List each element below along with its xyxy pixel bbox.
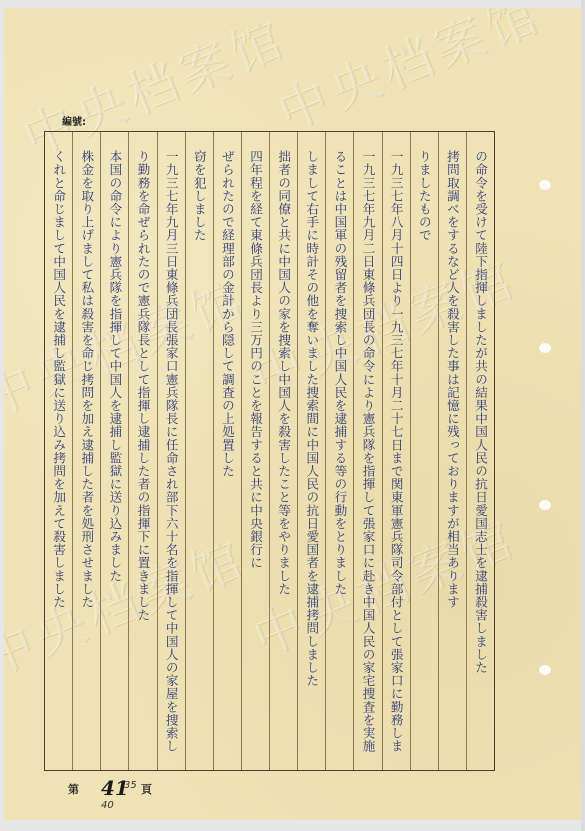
punch-hole: [539, 500, 551, 510]
manuscript-column: の命令を受けて陸下指揮しましたが共の結果中国人民の抗日愛国志士を逮捕殺害しました: [466, 132, 494, 770]
handwritten-text: りましたもので: [411, 150, 438, 765]
document-page: 中央档案馆 中央档案馆 中央档案馆 中央档案馆 中央档案馆 中央档案馆 編號: …: [4, 8, 581, 820]
manuscript-column: 一九三七年九月二日東條兵団長の命令により憲兵隊を指揮して張家口に赴き中国人民の家…: [353, 132, 381, 770]
page-number-original: 35: [124, 780, 137, 791]
handwritten-text: くれと命じまして中国人民を逮捕し監獄に送り込み拷問を加えて殺害しました: [45, 150, 72, 765]
handwritten-text: 株金を取り上げまして私は殺害を命じ拷問を加え逮捕した者を処刑させました: [73, 150, 100, 765]
manuscript-column: しまして右手に時計その他を奪いました捜索間に中国人民の抗日愛国者を逮捕拷問しまし…: [297, 132, 325, 770]
handwritten-text: しまして右手に時計その他を奪いました捜索間に中国人民の抗日愛国者を逮捕拷問しまし…: [298, 150, 325, 765]
manuscript-column: ることは中国軍の残留者を捜索し中国人民を逮捕する等の行動をとりました: [325, 132, 353, 770]
handwritten-text: の命令を受けて陸下指揮しましたが共の結果中国人民の抗日愛国志士を逮捕殺害しました: [467, 150, 494, 765]
handwritten-text: 一九三七年八月十四日より一九三七年十月二十七日まで関東軍憲兵隊司令部付として張家…: [383, 150, 410, 765]
page-suffix: 頁: [141, 781, 152, 797]
punch-hole: [539, 665, 551, 675]
serial-number-label: 編號:: [62, 113, 86, 128]
handwritten-text: 本国の命令により憲兵隊を指揮して中国人を逮捕し監獄に送り込みました: [101, 150, 128, 765]
manuscript-column: 一九三七年八月十四日より一九三七年十月二十七日まで関東軍憲兵隊司令部付として張家…: [382, 132, 410, 770]
handwritten-text: 窃を犯しました: [186, 150, 213, 765]
handwritten-text: ることは中国軍の残留者を捜索し中国人民を逮捕する等の行動をとりました: [326, 150, 353, 765]
punch-hole: [539, 343, 551, 353]
page-prefix: 第: [68, 781, 79, 797]
manuscript-column: 本国の命令により憲兵隊を指揮して中国人を逮捕し監獄に送り込みました: [100, 132, 128, 770]
manuscript-column: 窃を犯しました: [185, 132, 213, 770]
punch-hole: [539, 180, 551, 190]
watermark: 中央档案馆: [266, 8, 553, 145]
manuscript-column: 拙者の同僚と共に中国人の家を捜索し中国人を殺害したこと等をやりました: [269, 132, 297, 770]
handwritten-text: 一九三七年九月三日東條兵団長張家口憲兵隊長に任命され部下六十名を指揮して中国人の…: [158, 150, 185, 765]
manuscript-column: 四年程を経て東條兵団長より三万円のことを報告すると共に中央銀行に: [241, 132, 269, 770]
manuscript-column: ぜられたので経理部の金計から隠して調査の上処置した: [213, 132, 241, 770]
handwritten-text: ぜられたので経理部の金計から隠して調査の上処置した: [214, 150, 241, 765]
scan-edge: [581, 0, 585, 831]
handwritten-text: 一九三七年九月二日東條兵団長の命令により憲兵隊を指揮して張家口に赴き中国人民の家…: [354, 150, 381, 765]
manuscript-column: りましたもので: [410, 132, 438, 770]
handwritten-text: 拙者の同僚と共に中国人の家を捜索し中国人を殺害したこと等をやりました: [270, 150, 297, 765]
manuscript-column: 株金を取り上げまして私は殺害を命じ拷問を加え逮捕した者を処刑させました: [72, 132, 100, 770]
handwritten-text: り勤務を命ぜられたので憲兵隊長として指揮し逮捕した者の指揮下に置きました: [129, 150, 156, 765]
manuscript-column: り勤務を命ぜられたので憲兵隊長として指揮し逮捕した者の指揮下に置きました: [128, 132, 156, 770]
page-number-alt: 40: [101, 800, 114, 811]
manuscript-column: くれと命じまして中国人民を逮捕し監獄に送り込み拷問を加えて殺害しました: [45, 132, 72, 770]
handwritten-text: 四年程を経て東條兵団長より三万円のことを報告すると共に中央銀行に: [242, 150, 269, 765]
manuscript-column: 拷問取調べをするなど人を殺害した事は記憶に残っておりますが相当あります: [438, 132, 466, 770]
handwritten-text: 拷問取調べをするなど人を殺害した事は記憶に残っておりますが相当あります: [439, 150, 466, 765]
manuscript-grid: の命令を受けて陸下指揮しましたが共の結果中国人民の抗日愛国志士を逮捕殺害しました…: [44, 131, 495, 771]
manuscript-column: 一九三七年九月三日東條兵団長張家口憲兵隊長に任命され部下六十名を指揮して中国人の…: [157, 132, 185, 770]
